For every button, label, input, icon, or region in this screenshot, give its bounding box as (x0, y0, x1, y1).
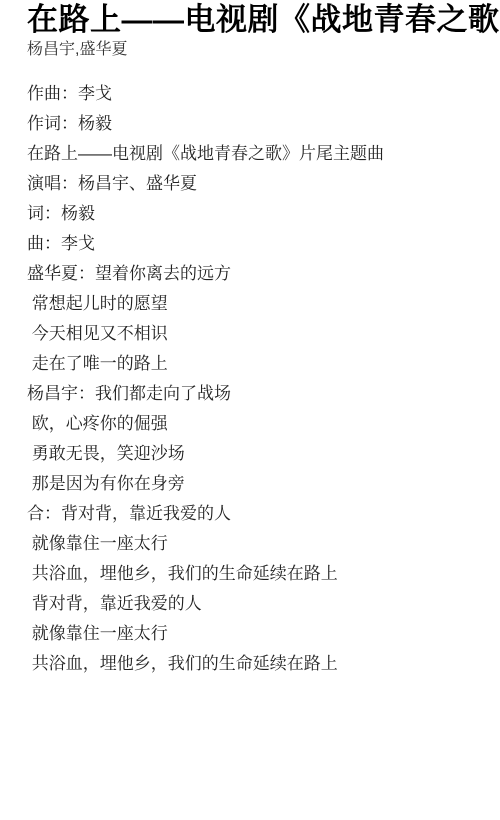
lyric-line: 就像靠住一座太行 (27, 619, 500, 649)
lyric-line: 作曲：李戈 (27, 79, 500, 109)
lyric-line: 那是因为有你在身旁 (27, 469, 500, 499)
lyric-line: 走在了唯一的路上 (27, 349, 500, 379)
lyric-line: 杨昌宇：我们都走向了战场 (27, 379, 500, 409)
lyric-line: 盛华夏：望着你离去的远方 (27, 259, 500, 289)
lyric-line: 作词：杨毅 (27, 109, 500, 139)
lyric-line: 在路上——电视剧《战地青春之歌》片尾主题曲 (27, 139, 500, 169)
lyric-line: 演唱：杨昌宇、盛华夏 (27, 169, 500, 199)
lyric-line: 共浴血，埋他乡，我们的生命延续在路上 (27, 559, 500, 589)
lyric-line: 常想起儿时的愿望 (27, 289, 500, 319)
lyric-line: 背对背，靠近我爱的人 (27, 589, 500, 619)
lyric-line: 共浴血，埋他乡，我们的生命延续在路上 (27, 649, 500, 679)
lyric-line: 今天相见又不相识 (27, 319, 500, 349)
lyric-line: 合：背对背，靠近我爱的人 (27, 499, 500, 529)
lyric-line: 就像靠住一座太行 (27, 529, 500, 559)
lyric-line: 欧，心疼你的倔强 (27, 409, 500, 439)
lyric-line: 曲：李戈 (27, 229, 500, 259)
lyrics-block: 作曲：李戈作词：杨毅在路上——电视剧《战地青春之歌》片尾主题曲演唱：杨昌宇、盛华… (27, 79, 500, 679)
lyric-line: 勇敢无畏，笑迎沙场 (27, 439, 500, 469)
lyric-line: 词：杨毅 (27, 199, 500, 229)
lyrics-page: 在路上——电视剧《战地青春之歌 杨昌宇,盛华夏 作曲：李戈作词：杨毅在路上——电… (0, 0, 500, 679)
song-title: 在路上——电视剧《战地青春之歌 (27, 0, 500, 40)
artists: 杨昌宇,盛华夏 (27, 40, 500, 60)
